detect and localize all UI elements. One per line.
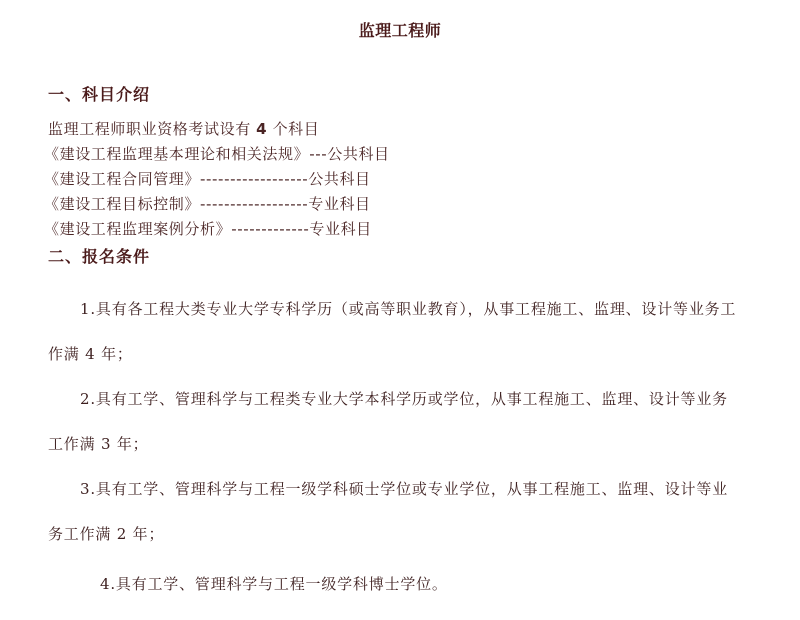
section-heading-requirements: 二、报名条件 (48, 244, 150, 267)
subject-type: 专业科目 (309, 220, 371, 238)
condition-text: 3.具有工学、管理科学与工程一级学科硕士学位或专业学位，从事工程施工、监理、设计… (48, 480, 728, 543)
subject-name: 《建设工程目标控制》 (44, 195, 200, 213)
document-title: 监理工程师 (0, 18, 800, 41)
intro-suffix: 个科目 (267, 120, 319, 138)
condition-item: 3.具有工学、管理科学与工程一级学科硕士学位或专业学位，从事工程施工、监理、设计… (48, 467, 738, 557)
subjects-intro: 监理工程师职业资格考试设有 4 个科目 (48, 118, 319, 139)
subject-type: 公共科目 (308, 170, 370, 188)
subject-count: 4 (256, 120, 267, 138)
subject-item: 《建设工程监理案例分析》-------------专业科目 (44, 218, 372, 239)
subject-item: 《建设工程合同管理》------------------公共科目 (44, 168, 371, 189)
condition-item: 1.具有各工程大类专业大学专科学历（或高等职业教育），从事工程施工、监理、设计等… (48, 287, 738, 377)
subject-name: 《建设工程监理基本理论和相关法规》 (44, 145, 309, 163)
subject-item: 《建设工程目标控制》------------------专业科目 (44, 193, 371, 214)
subject-dashes: ------------- (231, 220, 309, 238)
subject-dashes: --- (309, 145, 327, 163)
subject-dashes: ------------------ (200, 170, 308, 188)
condition-text: 4.具有工学、管理科学与工程一级学科博士学位。 (100, 575, 448, 593)
subject-type: 公共科目 (327, 145, 389, 163)
subject-type: 专业科目 (308, 195, 370, 213)
condition-text: 2.具有工学、管理科学与工程类专业大学本科学历或学位，从事工程施工、监理、设计等… (48, 390, 728, 453)
subject-dashes: ------------------ (200, 195, 308, 213)
condition-item: 4.具有工学、管理科学与工程一级学科博士学位。 (100, 573, 448, 594)
intro-prefix: 监理工程师职业资格考试设有 (48, 120, 256, 138)
condition-item: 2.具有工学、管理科学与工程类专业大学本科学历或学位，从事工程施工、监理、设计等… (48, 377, 738, 467)
section-heading-subjects: 一、科目介绍 (48, 82, 150, 105)
subject-item: 《建设工程监理基本理论和相关法规》---公共科目 (44, 143, 390, 164)
subject-name: 《建设工程合同管理》 (44, 170, 200, 188)
condition-text: 1.具有各工程大类专业大学专科学历（或高等职业教育），从事工程施工、监理、设计等… (48, 300, 736, 363)
subject-name: 《建设工程监理案例分析》 (44, 220, 231, 238)
